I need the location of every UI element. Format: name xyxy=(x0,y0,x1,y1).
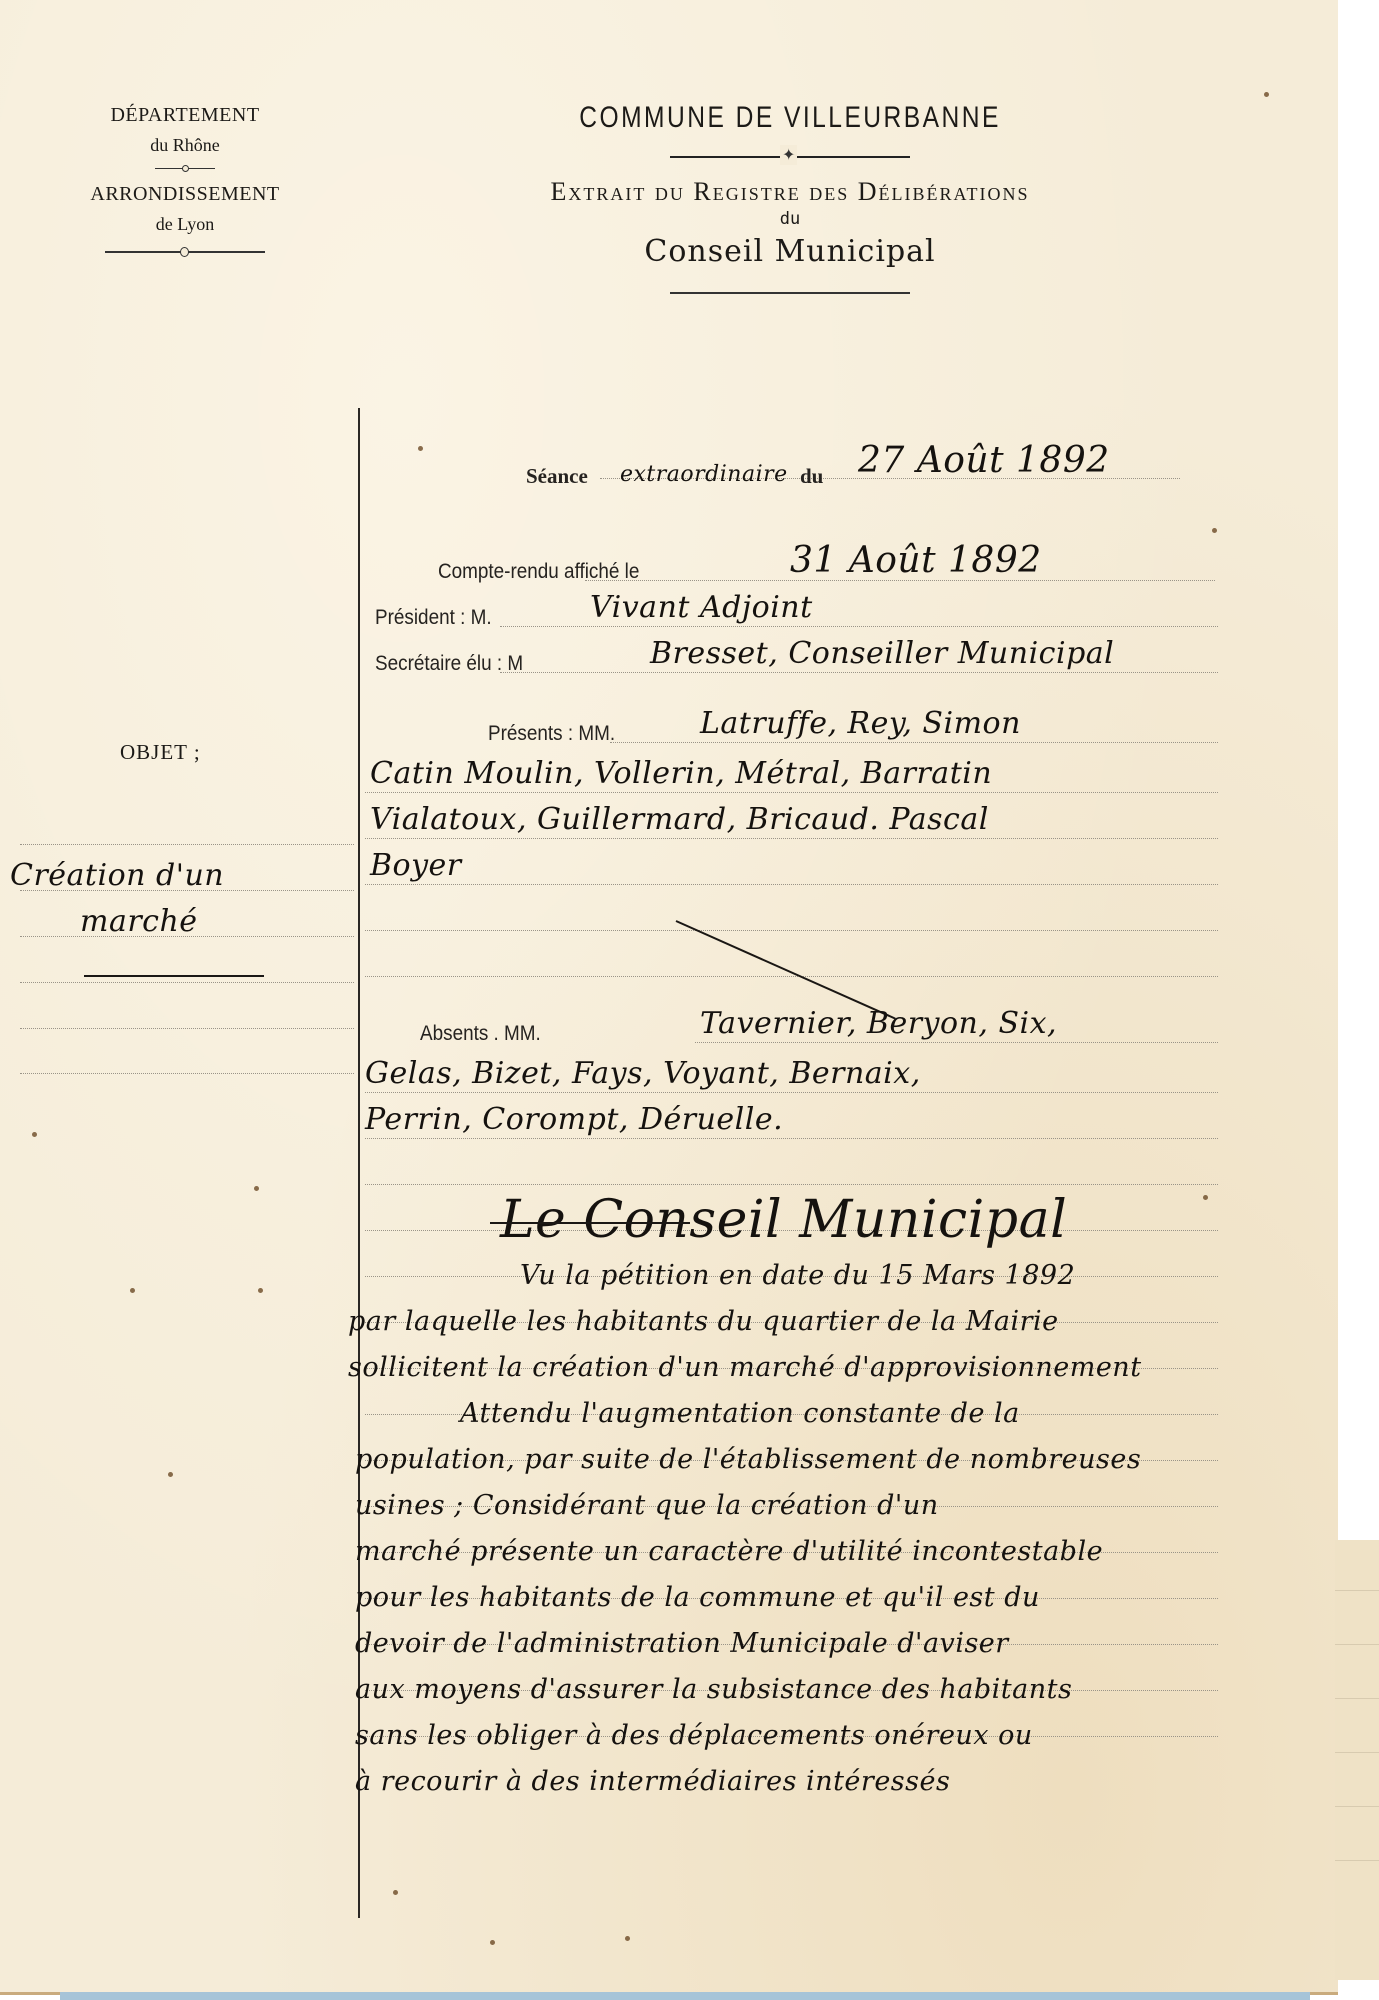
body-line: usines ; Considérant que la création d'u… xyxy=(355,1490,939,1521)
seance-type: extraordinaire xyxy=(620,462,788,487)
compte-rendu-label: Compte-rendu affiché le xyxy=(438,560,639,584)
body-line: devoir de l'administration Municipale d'… xyxy=(355,1628,1009,1659)
objet-label: OBJET ; xyxy=(120,740,201,765)
paper-stain xyxy=(254,1186,259,1191)
paper-stain xyxy=(1212,528,1217,533)
absents-label: Absents . MM. xyxy=(420,1022,541,1046)
body-line: sans les obliger à des déplacements onér… xyxy=(355,1720,1033,1751)
body-line: population, par suite de l'établissement… xyxy=(355,1444,1141,1475)
register-header: COMMUNE DE VILLEURBANNE Extrait du Regis… xyxy=(340,100,1240,294)
ruled-line xyxy=(365,884,1218,885)
president-label: Président : M. xyxy=(375,606,492,630)
ruled-line xyxy=(365,792,1218,793)
register-page: DÉPARTEMENT du Rhône ARRONDISSEMENT de L… xyxy=(0,0,1338,1995)
ruled-line xyxy=(365,976,1218,977)
ruled-line xyxy=(365,838,1218,839)
secretaire-value: Bresset, Conseiller Municipal xyxy=(650,636,1114,671)
body-line: par laquelle les habitants du quartier d… xyxy=(348,1306,1059,1337)
paper-stain xyxy=(258,1288,263,1293)
heading-strike xyxy=(490,1222,690,1224)
paper-stain xyxy=(32,1132,37,1137)
arrondissement-label: ARRONDISSEMENT xyxy=(60,179,310,209)
paper-stain xyxy=(490,1940,495,1945)
absents-line: Perrin, Corompt, Déruelle. xyxy=(365,1102,783,1137)
paper-stain xyxy=(1203,1195,1208,1200)
paper-stain xyxy=(130,1288,135,1293)
compte-rendu-date: 31 Août 1892 xyxy=(790,540,1042,581)
presents-line: Boyer xyxy=(370,848,462,883)
body-line: Vu la pétition en date du 15 Mars 1892 xyxy=(520,1260,1075,1291)
body-line: à recourir à des intermédiaires intéress… xyxy=(355,1766,950,1797)
paper-stain xyxy=(418,446,423,451)
paper-stain xyxy=(1264,92,1269,97)
ruled-line xyxy=(500,672,1218,673)
margin-ruled-line xyxy=(20,844,354,845)
extract-du: du xyxy=(340,208,1240,230)
council-title: Conseil Municipal xyxy=(340,230,1240,274)
margin-ruled-line xyxy=(20,1028,354,1029)
ornament-divider-icon xyxy=(105,251,265,253)
ruled-line xyxy=(695,1042,1218,1043)
body-line: sollicitent la création d'un marché d'ap… xyxy=(348,1352,1142,1383)
ruled-line xyxy=(500,626,1218,627)
presents-line: Vialatoux, Guillermard, Bricaud. Pascal xyxy=(370,802,989,837)
scan-background xyxy=(60,1992,1310,2000)
paper-stain xyxy=(168,1472,173,1477)
body-line: aux moyens d'assurer la subsistance des … xyxy=(355,1674,1072,1705)
ornament-divider-icon xyxy=(155,168,215,169)
department-header: DÉPARTEMENT du Rhône ARRONDISSEMENT de L… xyxy=(60,100,310,253)
margin-ruled-line xyxy=(20,1073,354,1074)
seance-date: 27 Août 1892 xyxy=(858,440,1110,481)
objet-flourish xyxy=(84,975,264,977)
president-value: Vivant Adjoint xyxy=(590,590,813,625)
extract-title: Extrait du Registre des Délibérations xyxy=(340,176,1240,208)
underlying-sheet xyxy=(1335,1540,1379,1980)
paper-stain xyxy=(393,1890,398,1895)
body-line: pour les habitants de la commune et qu'i… xyxy=(355,1582,1040,1613)
ruled-line xyxy=(610,742,1218,743)
ruled-line xyxy=(365,930,1218,931)
body-line: marché présente un caractère d'utilité i… xyxy=(355,1536,1103,1567)
secretaire-label: Secrétaire élu : M xyxy=(375,652,523,676)
seance-label: Séance xyxy=(526,464,588,489)
absents-line: Tavernier, Beryon, Six, xyxy=(700,1006,1057,1041)
presents-line: Catin Moulin, Vollerin, Métral, Barratin xyxy=(370,756,992,791)
margin-ruled-line xyxy=(20,982,354,983)
objet-value: Création d'un xyxy=(10,858,224,893)
council-heading: Le Conseil Municipal xyxy=(500,1190,1067,1250)
body-line: Attendu l'augmentation constante de la xyxy=(460,1398,1020,1429)
presents-line: Latruffe, Rey, Simon xyxy=(700,706,1021,741)
closing-dash xyxy=(676,920,896,1019)
commune-title: COMMUNE DE VILLEURBANNE xyxy=(579,100,1001,136)
objet-value: marché xyxy=(80,904,198,939)
department-name: du Rhône xyxy=(60,130,310,160)
ruled-line xyxy=(365,1138,1218,1139)
ruled-line xyxy=(365,1184,1218,1185)
seance-du-label: du xyxy=(800,464,823,489)
paper-stain xyxy=(625,1936,630,1941)
ruled-line xyxy=(365,1092,1218,1093)
department-label: DÉPARTEMENT xyxy=(60,100,310,130)
presents-label: Présents : MM. xyxy=(488,722,615,746)
arrondissement-name: de Lyon xyxy=(60,209,310,239)
header-rule xyxy=(670,292,910,294)
ornament-divider-icon xyxy=(670,156,910,158)
absents-line: Gelas, Bizet, Fays, Voyant, Bernaix, xyxy=(365,1056,921,1091)
